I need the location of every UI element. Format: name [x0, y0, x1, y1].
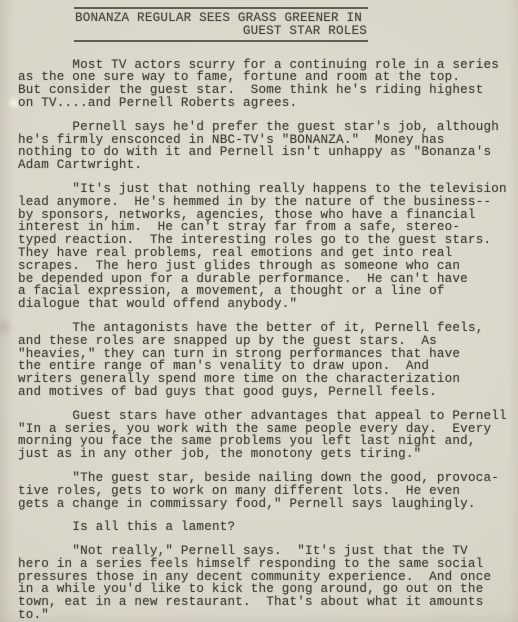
document-body: Most TV actors scurry for a continuing r…	[18, 59, 510, 622]
paragraph-lament-question: Is all this a lament?	[18, 521, 510, 534]
paragraph-intro: Most TV actors scurry for a continuing r…	[18, 59, 510, 110]
paragraph-pernell-prefers: Pernell says he'd prefer the guest star'…	[18, 121, 510, 172]
title-line-2: GUEST STAR ROLES	[75, 25, 367, 38]
paragraph-antagonists: The antagonists have the better of it, P…	[18, 322, 510, 399]
typewritten-press-page: BONANZA REGULAR SEES GRASS GREENER IN GU…	[0, 0, 518, 622]
paragraph-quote-television-lead: "It's just that nothing really happens t…	[18, 183, 510, 311]
title-line-1: BONANZA REGULAR SEES GRASS GREENER IN	[75, 12, 367, 25]
paragraph-not-really: "Not really," Pernell says. "It's just t…	[18, 545, 510, 622]
paragraph-guest-advantages: Guest stars have other advantages that a…	[18, 410, 510, 461]
paragraph-commissary: "The guest star, beside nailing down the…	[18, 472, 510, 510]
document-title: BONANZA REGULAR SEES GRASS GREENER IN GU…	[74, 7, 368, 42]
